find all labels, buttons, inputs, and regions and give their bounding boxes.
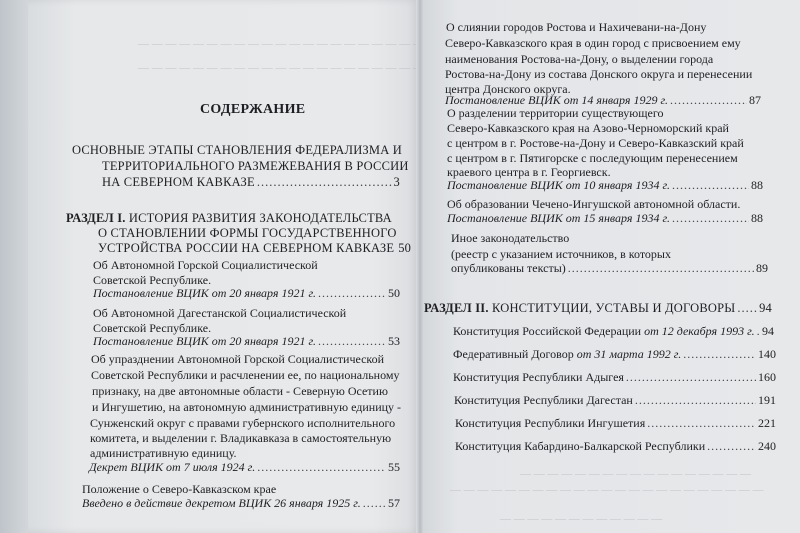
leader-dots [672,178,749,193]
toc-entry-intro[interactable]: НА СЕВЕРНОМ КАВКАЗЕ 3 [102,175,400,190]
page-number: 221 [758,416,776,431]
toc-entry[interactable]: Введено в действие декретом ВЦИК 26 янва… [82,496,400,511]
bleed-through-text: — — — — — — — — — — — — — — — — — — — — … [138,62,424,74]
constitution-name: Конституция Кабардино-Балкарской Республ… [455,439,705,454]
page-number: 140 [758,347,776,362]
page-number: 94 [759,301,772,316]
intro-line: НА СЕВЕРНОМ КАВКАЗЕ [102,175,255,190]
toc-entry-section2[interactable]: РАЗДЕЛ II. КОНСТИТУЦИИ, УСТАВЫ И ДОГОВОР… [424,301,772,316]
entry-line: Иное законодательство [451,231,569,246]
toc-entry-constitution[interactable]: Федеративный Договор от 31 марта 1992 г.… [453,347,776,362]
toc-entry[interactable]: опубликованы тексты) 89 [451,261,768,276]
section-title-line: ИСТОРИЯ РАЗВИТИЯ ЗАКОНОДАТЕЛЬСТВА [129,211,392,225]
intro-line: ТЕРРИТОРИАЛЬНОГО РАЗМЕЖЕВАНИЯ В РОССИИ [102,159,409,174]
toc-entry-constitution[interactable]: Конституция Республики Дагестан 191 [454,393,776,408]
leader-dots [672,211,749,226]
toc-entry-constitution[interactable]: Конституция Кабардино-Балкарской Республ… [455,439,776,454]
leader-dots [257,460,386,475]
entry-source: Постановление ВЦИК от 20 января 1921 г. [93,286,316,301]
entry-line: Северо-Кавказского края на Азово-Черномо… [447,121,729,136]
section-label: РАЗДЕЛ II. [424,301,489,315]
entry-line: наименования Ростова-на-Дону, о выделени… [445,52,713,67]
page-number: 3 [394,175,400,190]
constitution-title: Конституция Российской Федерации от 12 д… [453,324,755,339]
toc-entry-constitution[interactable]: Конституция Российской Федерации от 12 д… [453,324,774,339]
toc-entry[interactable]: Постановление ВЦИК от 20 января 1921 г. … [93,286,400,301]
page-number: 240 [758,439,776,454]
leader-dots [647,416,756,431]
leader-dots [257,175,392,190]
entry-line: Северо-Кавказского края в один город с п… [445,36,741,51]
section-title-line: О СТАНОВЛЕНИИ ФОРМЫ ГОСУДАРСТВЕННОГО [98,226,397,241]
toc-entry[interactable]: Декрет ВЦИК от 7 июля 1924 г. 55 [89,460,400,475]
section2-heading: РАЗДЕЛ II. КОНСТИТУЦИИ, УСТАВЫ И ДОГОВОР… [424,301,735,316]
entry-line: с центром в г. Пятигорске с последующим … [447,151,738,166]
toc-entry-section1[interactable]: УСТРОЙСТВА РОССИИ НА СЕВЕРНОМ КАВКАЗЕ 50 [98,241,400,256]
constitution-name: Федеративный Договор [453,347,574,361]
entry-line: признаку, на две автономные области - Се… [92,384,388,399]
intro-line: ОСНОВНЫЕ ЭТАПЫ СТАНОВЛЕНИЯ ФЕДЕРАЛИЗМА И [72,143,402,158]
entry-line: Ростова-на-Дону из состава Донского окру… [445,67,752,82]
constitution-date: от 12 декабря 1993 г. [644,324,755,338]
bleed-through-text: — — — — — — — — — — — — — — — — — — — — … [138,38,424,50]
leader-dots [626,370,756,385]
page-number: 57 [388,496,400,511]
leader-dots [568,261,754,276]
toc-entry[interactable]: Постановление ВЦИК от 15 января 1934 г. … [447,211,763,226]
page-number: 191 [758,393,776,408]
page-number: 87 [749,93,761,108]
page-number: 50 [398,241,411,256]
constitution-name: Конституция Республики Ингушетия [455,416,645,431]
entry-line: О слиянии городов Ростова и Нахичевани-н… [446,20,706,35]
toc-entry-constitution[interactable]: Конституция Республики Ингушетия 221 [455,416,776,431]
entry-line: опубликованы тексты) [451,261,566,276]
entry-source: Введено в действие декретом ВЦИК 26 янва… [82,496,361,511]
toc-entry[interactable]: Постановление ВЦИК от 20 января 1921 г. … [93,334,400,349]
page-number: 160 [758,370,776,385]
entry-line: Об упразднении Автономной Горской Социал… [91,352,384,367]
constitution-name: Конституция Российской Федерации [453,324,641,338]
entry-source: Постановление ВЦИК от 15 января 1934 г. [447,211,670,226]
bleed-through-text: — — — — — — — — — — — — — — — — — [520,468,751,480]
leader-dots [683,347,756,362]
section-title: КОНСТИТУЦИИ, УСТАВЫ И ДОГОВОРЫ [492,301,735,315]
bleed-through-text: — — — — — — — — — — — — [500,513,662,525]
bleed-through-text: — — — — — — — — — — — — — — — — — — — — … [450,484,764,496]
leader-dots [363,496,386,511]
page-number: 53 [388,334,400,349]
constitution-name: Конституция Республики Адыгея [453,370,624,385]
page-number: 50 [388,286,400,301]
leader-dots [635,393,756,408]
entry-line: (реестр с указанием источников, в которы… [451,247,671,262]
section-title-line: УСТРОЙСТВА РОССИИ НА СЕВЕРНОМ КАВКАЗЕ [98,241,394,256]
entry-line: Сунженский округ с правами губернского и… [90,416,395,431]
constitution-date: от 31 марта 1992 г. [577,347,682,361]
entry-line: Об образовании Чечено-Ингушской автономн… [447,197,740,212]
leader-dots [707,439,756,454]
entry-line: комитета, и выделении г. Владикавказа в … [90,431,391,446]
page-number: 88 [751,211,763,226]
page-number: 94 [762,324,774,339]
constitution-title: Федеративный Договор от 31 марта 1992 г. [453,347,681,362]
leader-dots [670,93,747,108]
entry-source: Декрет ВЦИК от 7 июля 1924 г. [89,460,255,475]
toc-entry[interactable]: Постановление ВЦИК от 10 января 1934 г. … [447,178,763,193]
entry-source: Постановление ВЦИК от 10 января 1934 г. [447,178,670,193]
entry-source: Постановление ВЦИК от 20 января 1921 г. [93,334,316,349]
section-label: РАЗДЕЛ I. [66,211,126,225]
entry-line: Об Автономной Горской Социалистической [93,258,318,273]
toc-entry-constitution[interactable]: Конституция Республики Адыгея 160 [453,370,776,385]
leader-dots [757,324,760,339]
section1-heading: РАЗДЕЛ I. ИСТОРИЯ РАЗВИТИЯ ЗАКОНОДАТЕЛЬС… [66,211,392,226]
entry-line: Советской Республики и расчленении ее, п… [91,368,399,383]
toc-title: СОДЕРЖАНИЕ [200,102,305,118]
page-number: 88 [751,178,763,193]
page-edge-stack [0,0,30,533]
entry-line: и Ингушетию, на автономную административ… [92,400,401,415]
entry-line: Об Автономной Дагестанской Социалистичес… [93,306,346,321]
leader-dots [737,301,757,316]
entry-line: Положение о Северо-Кавказском крае [82,482,276,497]
book-gutter [416,0,424,533]
page-number: 89 [756,261,768,276]
leader-dots [318,334,386,349]
page-number: 55 [388,460,400,475]
entry-line: с центром в г. Ростове-на-Дону и Северо-… [447,136,744,151]
entry-line: административную единицу. [90,446,237,461]
entry-line: О разделении территории существующего [447,106,663,121]
constitution-name: Конституция Республики Дагестан [454,393,633,408]
leader-dots [318,286,386,301]
